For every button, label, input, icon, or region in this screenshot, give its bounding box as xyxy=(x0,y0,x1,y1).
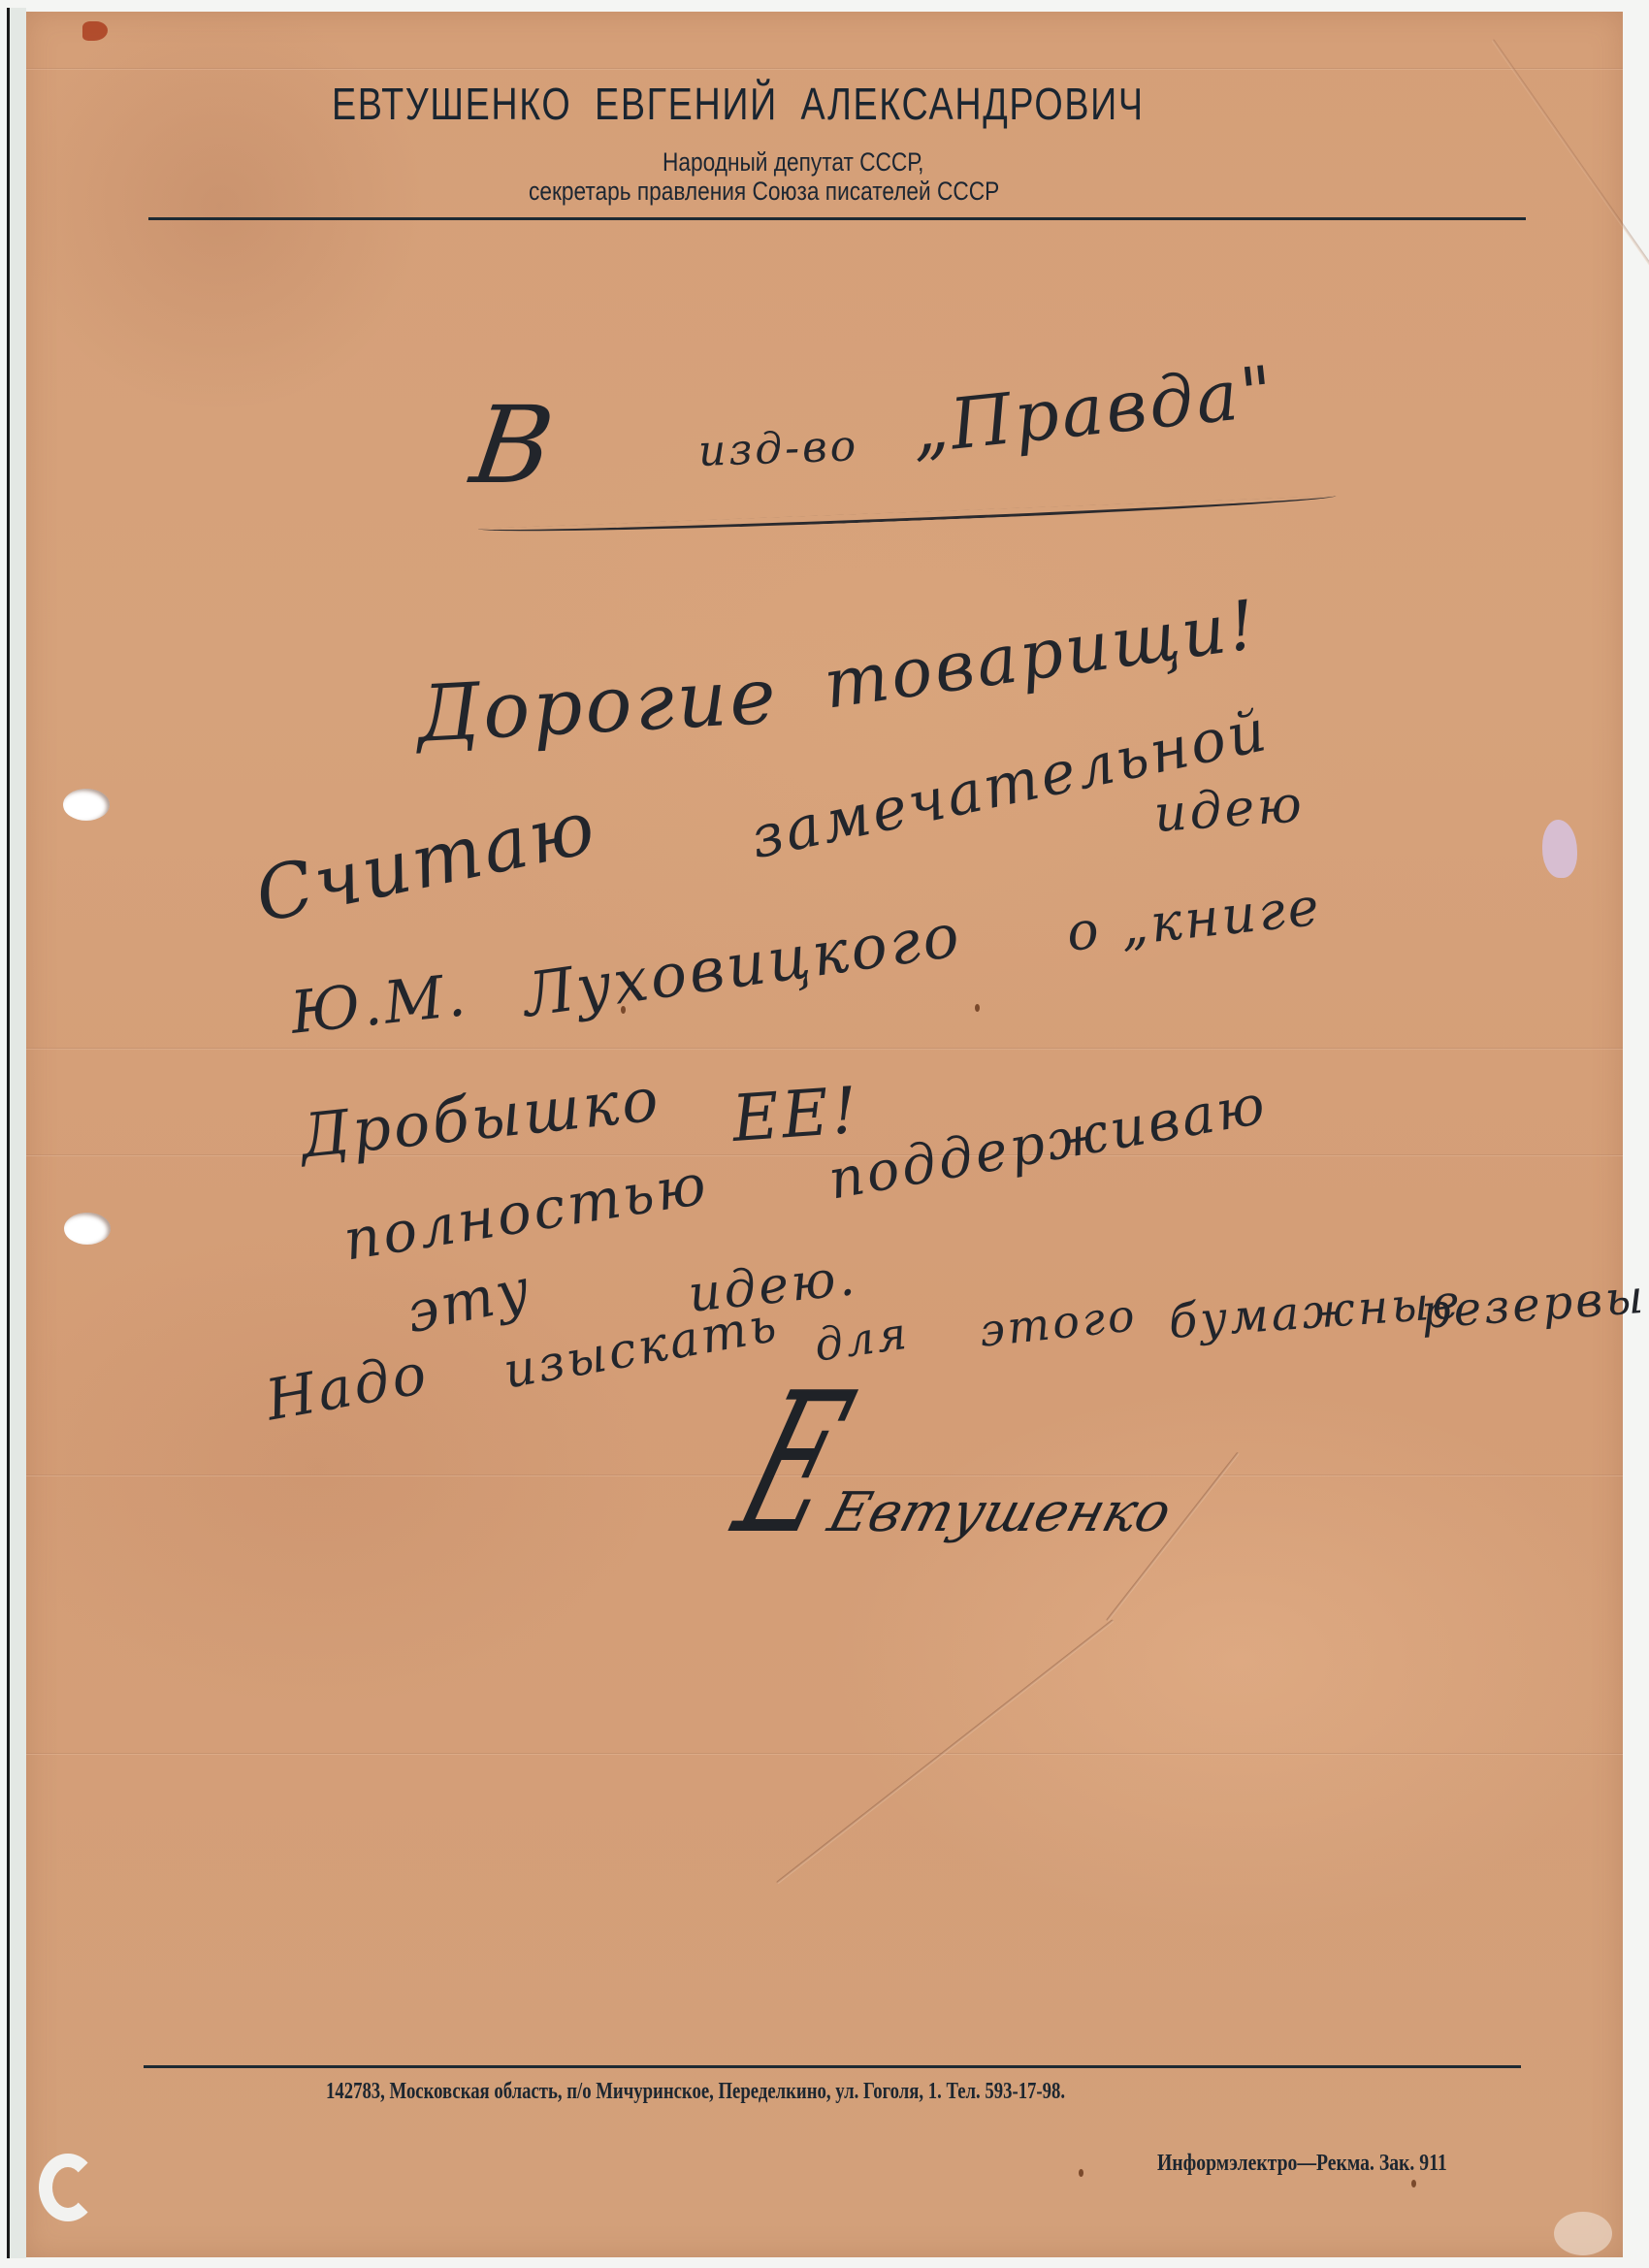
footer-printer-mark: Информэлектро—Рекма. Зак. 911 xyxy=(1157,2151,1447,2177)
fold-line xyxy=(26,1753,1623,1755)
letterhead-title-2: секретарь правления Союза писателей СССР xyxy=(529,177,999,207)
letterhead-title-1: Народный депутат СССР, xyxy=(663,147,923,178)
footer-address: 142783, Московская область, п/о Мичуринс… xyxy=(326,2079,1065,2105)
letterhead-rule xyxy=(148,217,1526,220)
hw-line-3-word-2: ЕЕ! xyxy=(729,1073,862,1156)
punch-hole xyxy=(64,1213,111,1245)
paper-tear xyxy=(39,2154,97,2221)
ink-spot xyxy=(975,1004,980,1012)
punch-hole xyxy=(63,789,110,821)
signature: Е Евтушенко xyxy=(723,1368,1169,1562)
ink-spot xyxy=(1079,2169,1083,2177)
letterhead-name: ЕВТУШЕНКО ЕВГЕНИЙ АЛЕКСАНДРОВИЧ xyxy=(332,78,1108,130)
signature-surname: Евтушенко xyxy=(822,1481,1178,1544)
footer-rule xyxy=(144,2065,1521,2068)
fold-line xyxy=(26,1048,1623,1050)
hw-salutation-1: Дорогие xyxy=(415,651,781,760)
hw-addressee-prefix: В xyxy=(465,383,564,507)
scan-margin xyxy=(10,8,26,2258)
stain xyxy=(1554,2212,1612,2255)
hw-line-1-word-3: идею xyxy=(1152,775,1307,844)
fold-line xyxy=(26,68,1623,70)
ink-spot xyxy=(1411,2180,1416,2187)
hw-addressee-org-abbr: изд-во xyxy=(697,421,859,476)
